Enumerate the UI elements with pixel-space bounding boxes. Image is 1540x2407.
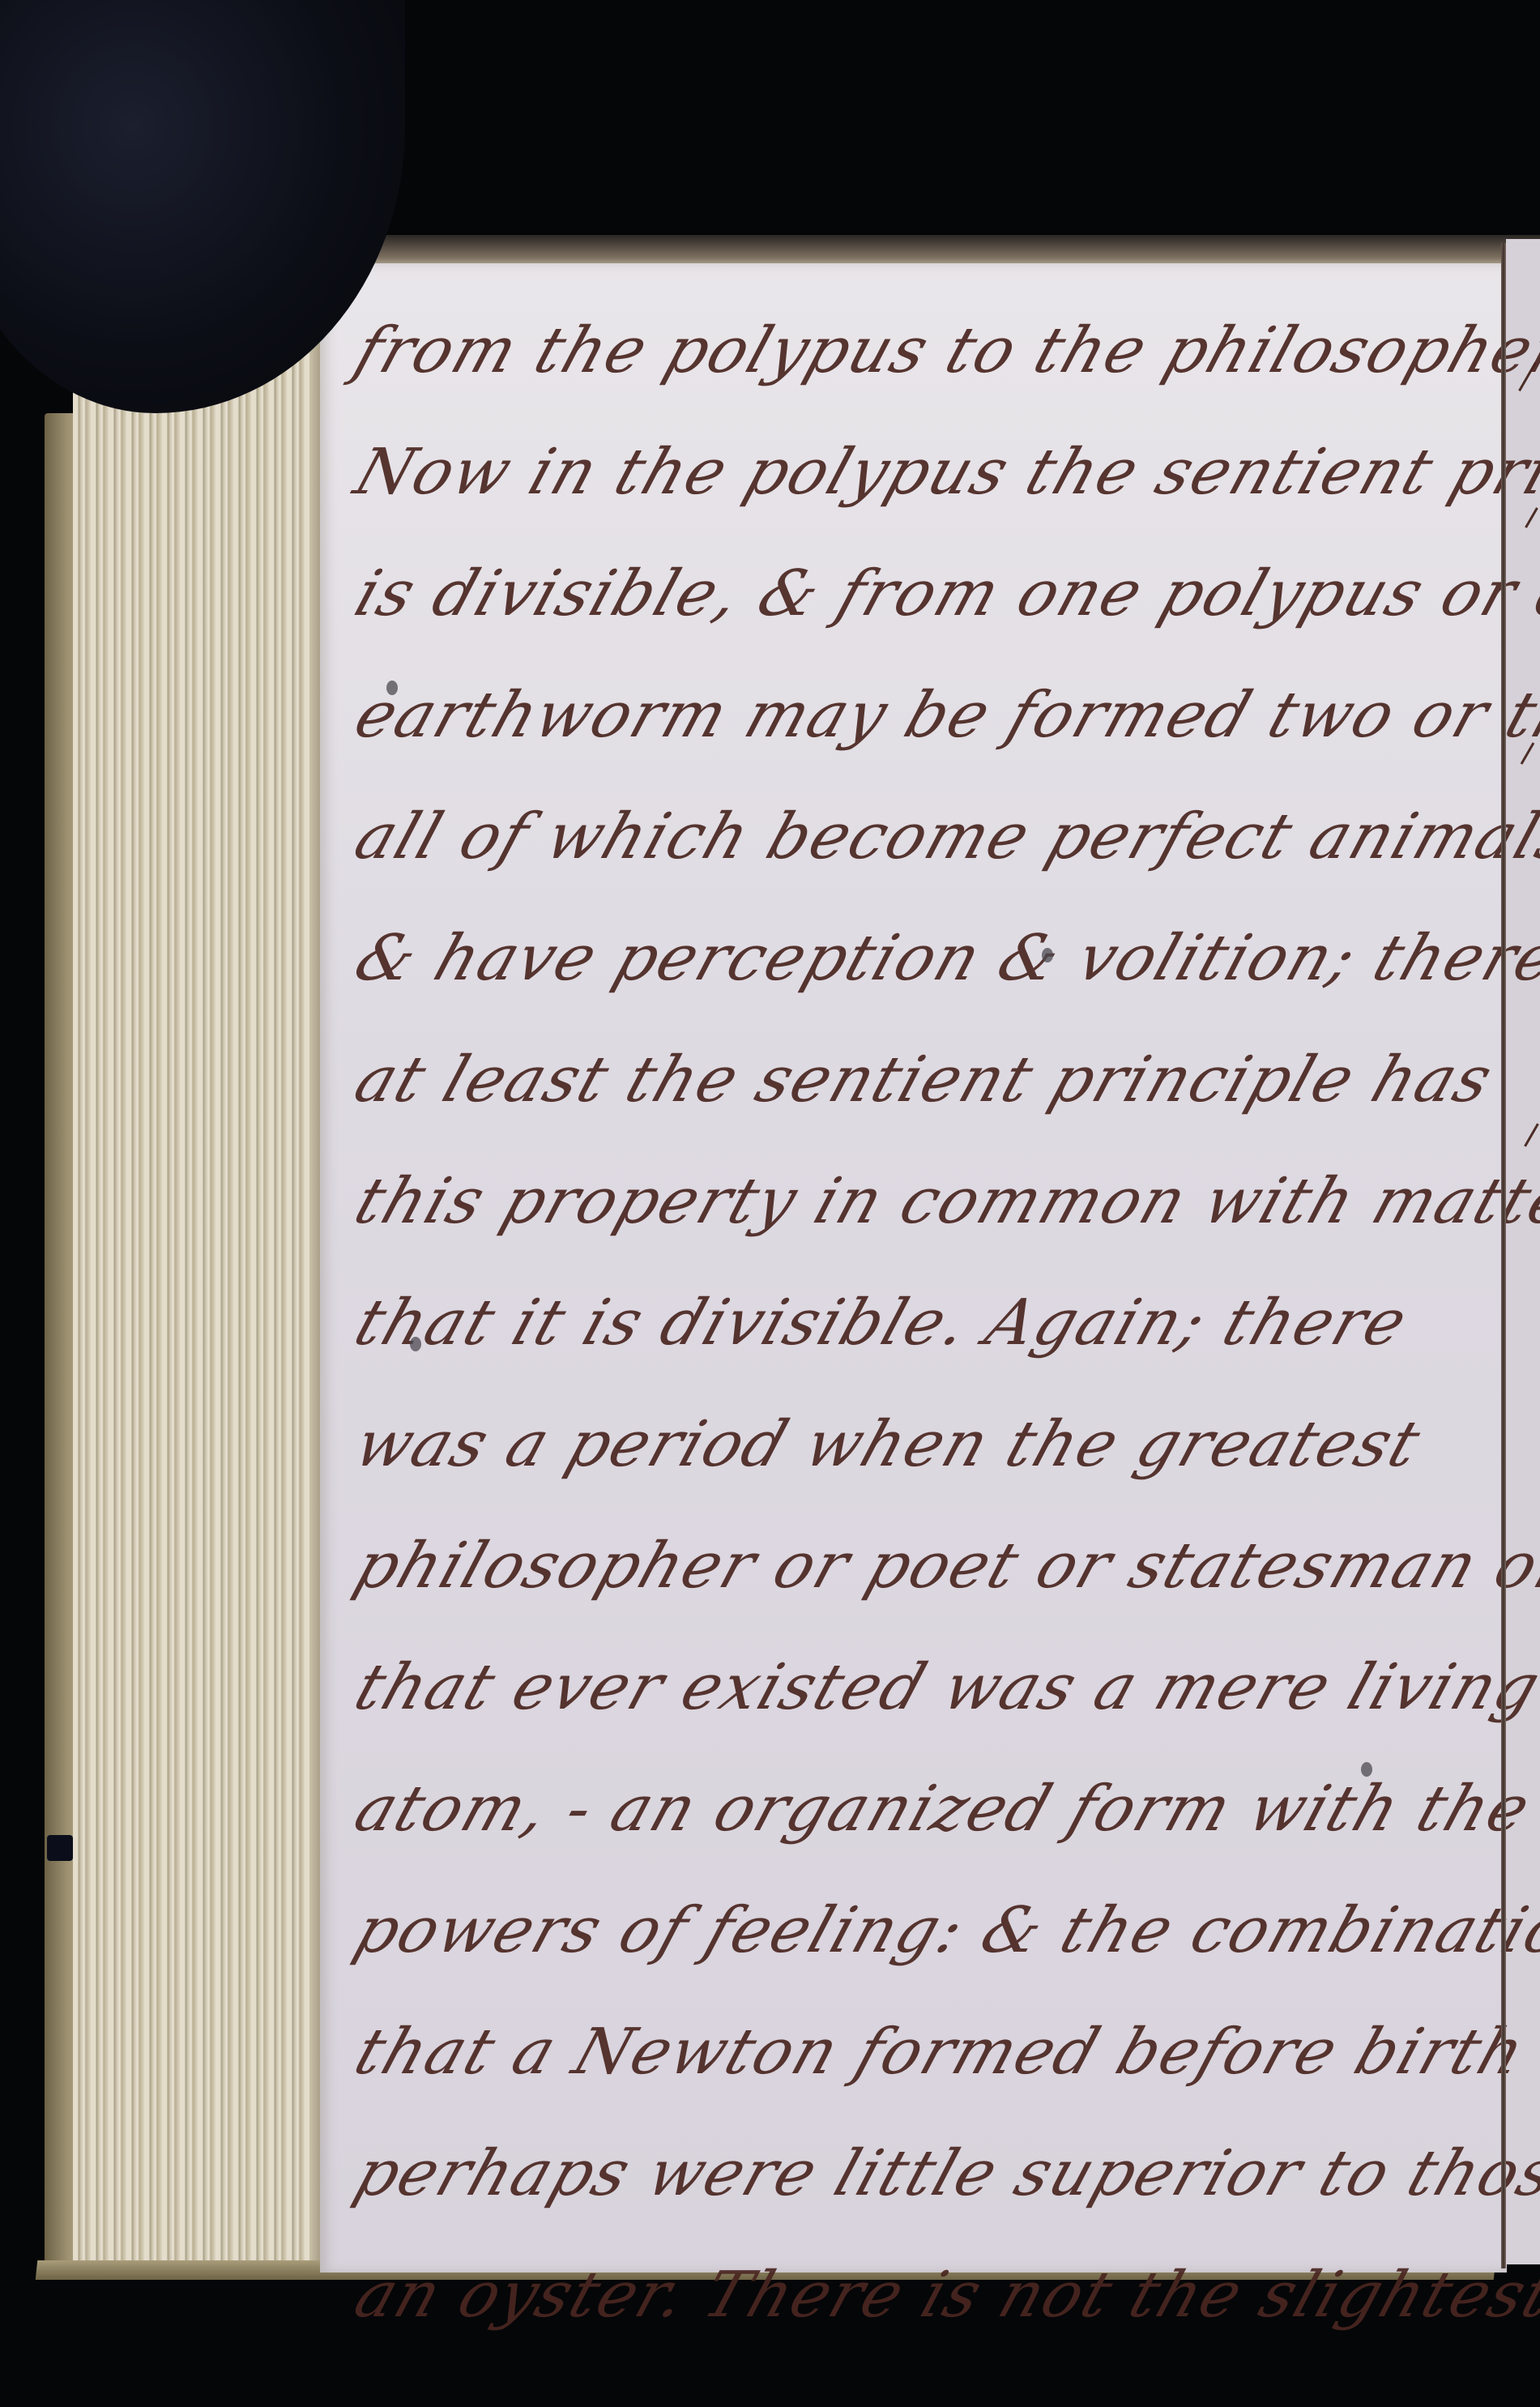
book-gutter [1501, 243, 1506, 2268]
ink-spot [1042, 948, 1053, 962]
manuscript-line: an oyster. There is not the slightest [340, 2228, 1538, 2349]
page-fore-edge [73, 275, 324, 2260]
ink-spot [386, 681, 398, 695]
manuscript-line: philosopher or poet or statesman or hero [340, 1499, 1538, 1620]
manuscript-line: was a period when the greatest [340, 1377, 1538, 1499]
manuscript-line: that ever existed was a mere living [340, 1620, 1538, 1742]
manuscript-line: that it is divisible. Again; there [340, 1256, 1538, 1377]
manuscript-line: from the polypus to the philosopher [340, 284, 1538, 405]
manuscript-line: at least the sentient principle has [340, 1013, 1538, 1134]
manuscript-line: atom, - an organized form with the [340, 1742, 1538, 1863]
manuscript-line: all of which become perfect animals [340, 770, 1538, 891]
manuscript-line: that a Newton formed before birth [340, 1985, 1538, 2106]
manuscript-line: powers of feeling: & the combinations [340, 1863, 1538, 1985]
manuscript-line: perhaps were little superior to those of [340, 2106, 1538, 2228]
ink-spot [1361, 1762, 1372, 1777]
handwritten-text: from the polypus to the philosopher Now … [340, 284, 1499, 2349]
ink-spot [410, 1337, 421, 1351]
page-top-shadow [320, 235, 1540, 267]
cover-tab-mark [47, 1835, 73, 1861]
manuscript-line: & have perception & volition; therefore [340, 891, 1538, 1013]
manuscript-line: earthworm may be formed two or three [340, 648, 1538, 770]
manuscript-line: Now in the polypus the sentient principl… [340, 405, 1538, 527]
manuscript-line: is divisible, & from one polypus or one [340, 527, 1538, 648]
manuscript-line: this property in common with matter [340, 1134, 1538, 1256]
